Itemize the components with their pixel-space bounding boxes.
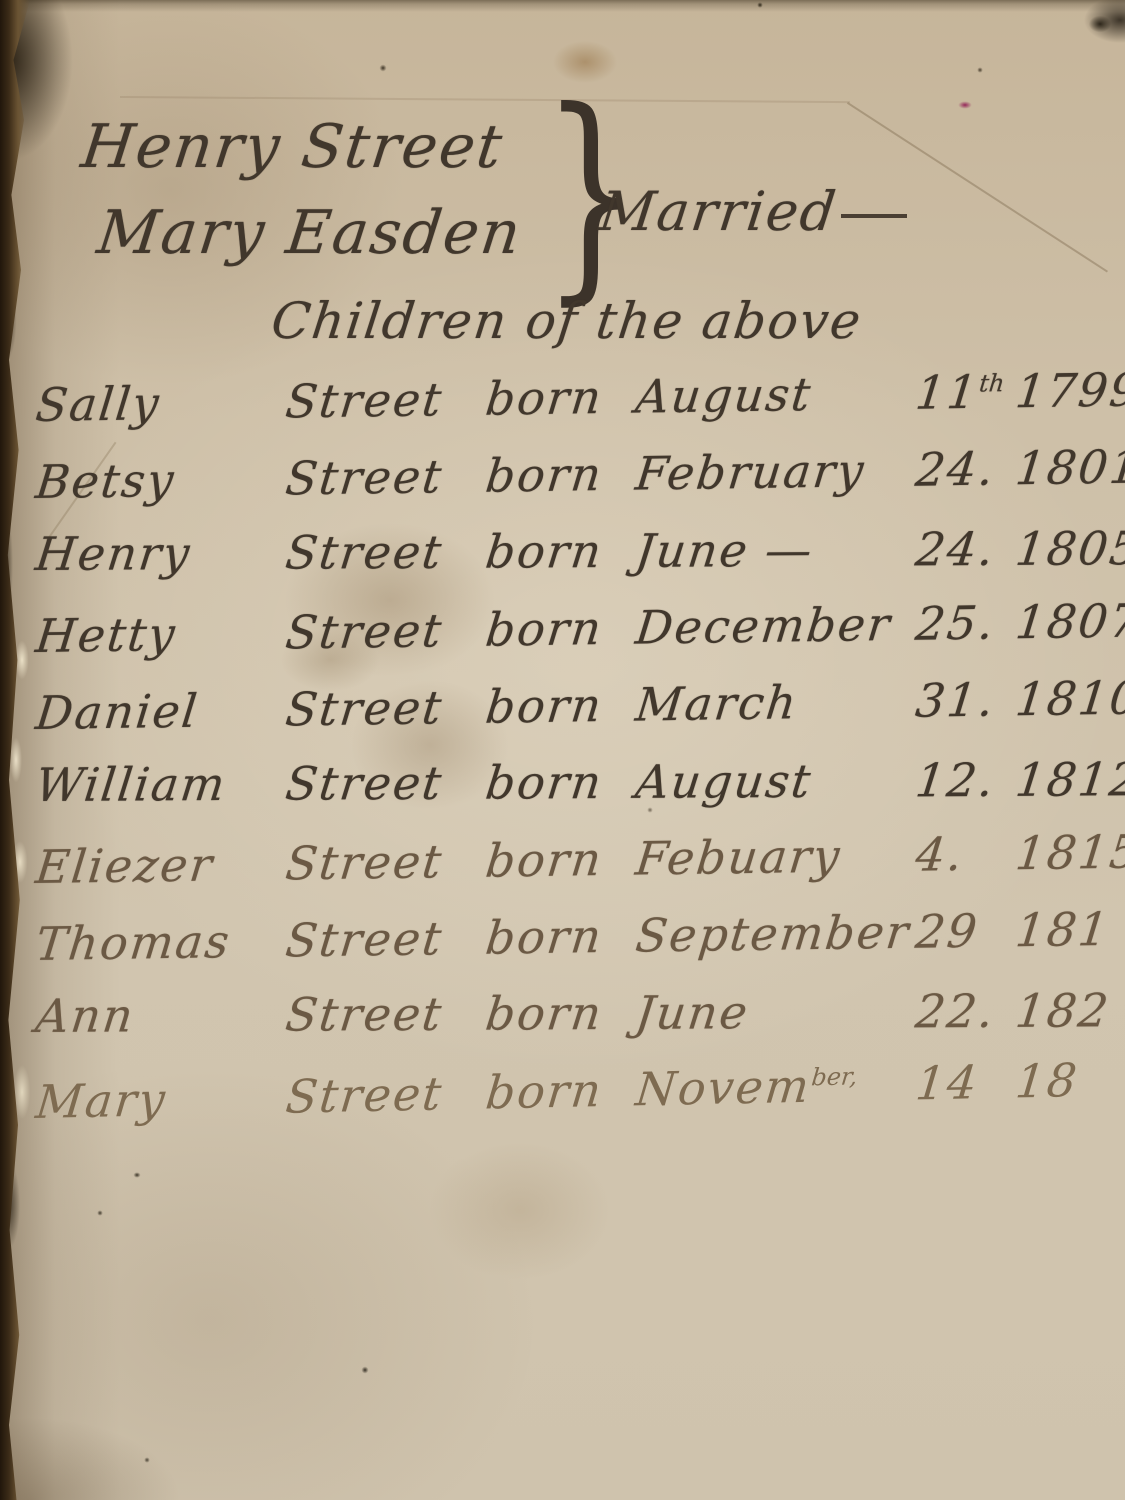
record-row-eliezer: Eliezer Street born Febuary 4. 1815: [36, 812, 1125, 905]
child-name: Hetty: [33, 605, 289, 663]
record-row-hetty: Hetty Street born December 25. 1807: [36, 581, 1125, 674]
child-surname: Street: [283, 448, 489, 505]
day-text: 11: [913, 364, 981, 419]
month-superscript: ber,: [810, 1062, 859, 1091]
child-surname: Street: [283, 910, 489, 967]
birth-year: 1799.: [1013, 362, 1125, 418]
day-text: 14: [913, 1055, 981, 1110]
birth-year: 1801.: [1013, 439, 1125, 495]
birth-month: March: [633, 673, 919, 731]
day-text: 12.: [913, 752, 999, 806]
child-name: Mary: [33, 1069, 288, 1128]
child-name: Henry: [33, 525, 289, 580]
child-surname: Street: [283, 755, 489, 810]
month-text: Novem: [633, 1058, 813, 1116]
children-heading: Children of the above: [268, 292, 865, 350]
birth-month: February: [633, 442, 919, 500]
day-superscript: th: [978, 369, 1006, 397]
record-row-sally: Sally Street born August 11th 1799.: [36, 350, 1125, 443]
birth-day: 29: [913, 903, 1019, 958]
crease-line: [120, 96, 850, 103]
record-row-thomas: Thomas Street born September 29 181: [36, 889, 1125, 982]
month-text: September: [633, 904, 913, 962]
birth-day: 25.: [913, 595, 1019, 650]
birth-year: 1805.: [1013, 521, 1125, 576]
month-text: Febuary: [633, 828, 844, 885]
birth-day: 24.: [913, 441, 1019, 496]
born-word: born: [483, 523, 639, 578]
birth-year: 1812: [1013, 752, 1125, 807]
birth-year: 1807: [1013, 593, 1125, 649]
birth-month: August: [633, 365, 919, 423]
month-text: February: [633, 443, 868, 500]
birth-day: 14: [913, 1054, 1018, 1110]
birth-year: 182: [1013, 983, 1113, 1038]
birth-day: 22.: [913, 983, 1019, 1038]
child-surname: Street: [283, 986, 489, 1041]
pen-flourish: [841, 214, 907, 218]
spouse1-name: Henry Street: [78, 112, 508, 182]
born-word: born: [483, 985, 639, 1040]
record-row-ann: Ann Street born June 22. 182: [36, 971, 1125, 1054]
child-surname: Street: [283, 679, 489, 736]
month-text: December: [633, 596, 894, 654]
spouse2-name: Mary Easden: [94, 198, 526, 268]
birth-day: 31.: [913, 672, 1019, 727]
birth-year: 1810: [1013, 670, 1125, 726]
child-name: Sally: [33, 374, 289, 432]
born-word: born: [483, 446, 639, 502]
record-row-daniel: Daniel Street born March 31. 1810: [36, 658, 1125, 751]
day-text: 29: [913, 903, 981, 958]
born-word: born: [483, 831, 639, 887]
child-name: Thomas: [33, 913, 289, 971]
book-binding-edge: [0, 0, 30, 1500]
birth-day: 24.: [913, 521, 1019, 576]
day-text: 4.: [913, 826, 967, 881]
birth-day: 12.: [913, 752, 1019, 807]
day-text: 24.: [913, 521, 999, 575]
birth-month: December: [633, 596, 919, 654]
record-row-betsy: Betsy Street born February 24. 1801.: [36, 427, 1125, 520]
record-row-henry: Henry Street born June — 24. 1805.: [36, 509, 1125, 592]
child-name: Daniel: [33, 682, 289, 740]
birth-year: 18: [1013, 1053, 1081, 1108]
child-name: Betsy: [33, 451, 289, 509]
child-surname: Street: [283, 524, 489, 579]
day-text: 22.: [913, 983, 999, 1037]
birth-day: 11th: [913, 364, 1019, 419]
born-word: born: [483, 600, 639, 656]
day-text: 25.: [913, 595, 998, 650]
month-text: March: [633, 675, 801, 731]
day-text: 31.: [913, 672, 998, 727]
married-label-row: Married: [600, 180, 907, 243]
record-row-mary: Mary Street born November, 14 18: [35, 1039, 1125, 1140]
child-name: Ann: [33, 987, 289, 1042]
month-text: August: [633, 753, 815, 808]
child-name: Eliezer: [33, 836, 289, 894]
child-surname: Street: [283, 833, 489, 890]
birth-month: August: [633, 753, 919, 809]
married-label: Married: [596, 180, 841, 243]
month-text: June: [633, 985, 752, 1040]
born-word: born: [483, 754, 639, 809]
birth-day: 4.: [913, 826, 1019, 881]
born-word: born: [483, 677, 639, 733]
birth-month: Febuary: [633, 827, 919, 885]
child-surname: Street: [283, 371, 489, 428]
month-text: June —: [633, 522, 817, 577]
birth-record-list: Sally Street born August 11th 1799. Bets…: [36, 358, 1125, 1128]
birth-month: September: [633, 904, 919, 962]
birth-month: June —: [633, 522, 919, 578]
born-word: born: [483, 908, 639, 964]
child-surname: Street: [283, 1065, 488, 1123]
family-register-page-photo: Henry Street Mary Easden } Married Child…: [0, 0, 1125, 1500]
month-text: August: [633, 367, 815, 424]
born-word: born: [483, 1062, 638, 1119]
birth-year: 181: [1013, 901, 1113, 956]
birth-month: November,: [633, 1056, 918, 1116]
birth-month: June: [633, 984, 919, 1040]
birth-year: 1815: [1013, 824, 1125, 880]
child-surname: Street: [283, 602, 489, 659]
child-name: William: [33, 756, 289, 811]
day-text: 24.: [913, 441, 998, 496]
record-row-william: William Street born August 12. 1812: [36, 740, 1125, 823]
born-word: born: [483, 369, 639, 425]
